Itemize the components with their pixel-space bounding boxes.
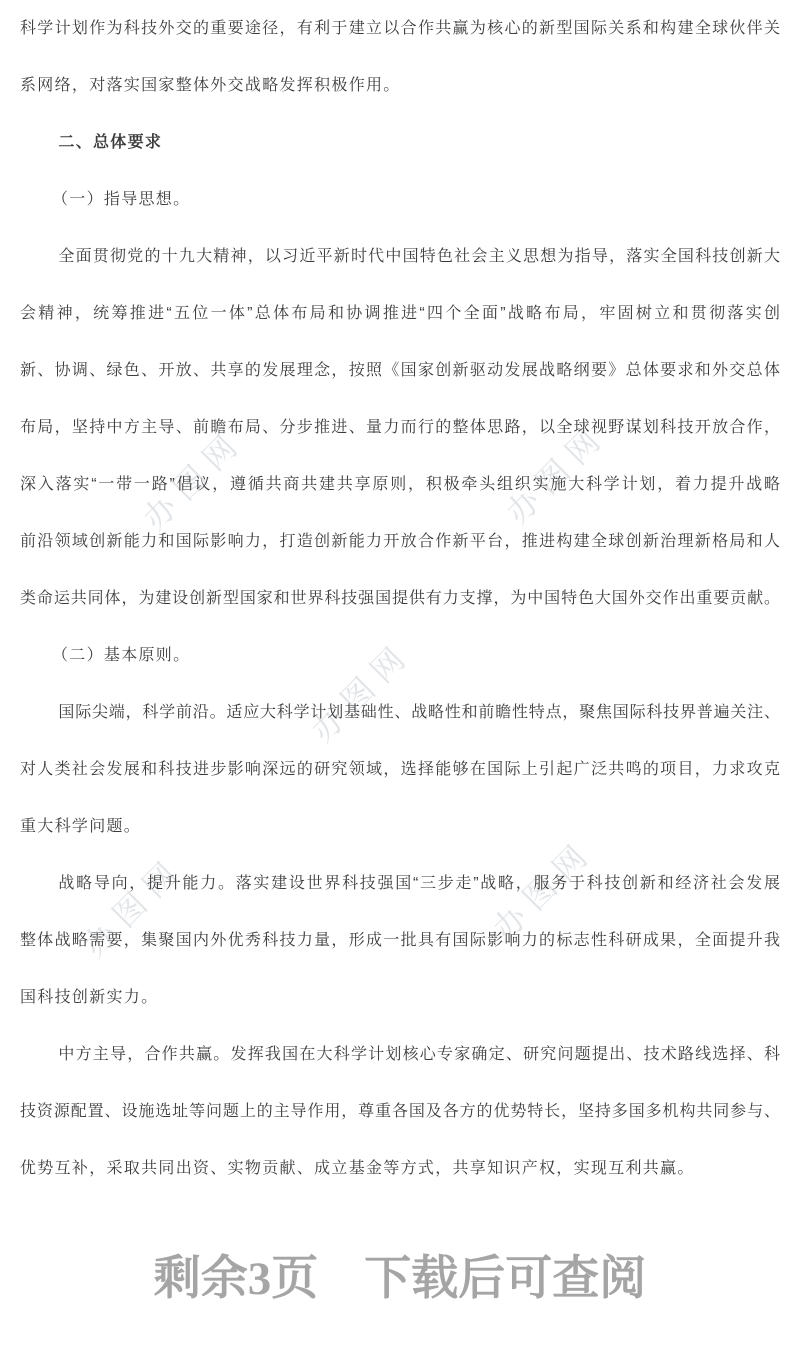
- text-line: 重大科学问题。: [20, 798, 780, 855]
- text-line: 布局，坚持中方主导、前瞻布局、分步推进、量力而行的整体思路，以全球视野谋划科技开…: [20, 399, 780, 456]
- text-line: 整体战略需要，集聚国内外优秀科技力量，形成一批具有国际影响力的标志性科研成果，全…: [20, 912, 780, 969]
- text-line: 中方主导，合作共赢。发挥我国在大科学计划核心专家确定、研究问题提出、技术路线选择…: [20, 1026, 780, 1083]
- text-line: 深入落实“一带一路”倡议，遵循共商共建共享原则，积极牵头组织实施大科学计划，着力…: [20, 456, 780, 513]
- remaining-pages-text: 剩余3页: [154, 1253, 319, 1305]
- text-line: 系网络，对落实国家整体外交战略发挥积极作用。: [20, 57, 780, 114]
- subsection-heading: （二）基本原则。: [20, 627, 780, 684]
- download-notice: 剩余3页下载后可查阅: [0, 1249, 800, 1309]
- text-line: 对人类社会发展和科技进步影响深远的研究领域，选择能够在国际上引起广泛共鸣的项目，…: [20, 741, 780, 798]
- text-line: 国际尖端，科学前沿。适应大科学计划基础性、战略性和前瞻性特点，聚焦国际科技界普遍…: [20, 684, 780, 741]
- text-line: 国科技创新实力。: [20, 969, 780, 1026]
- text-line: 战略导向，提升能力。落实建设世界科技强国“三步走”战略，服务于科技创新和经济社会…: [20, 855, 780, 912]
- document-body: 科学计划作为科技外交的重要途径，有利于建立以合作共赢为核心的新型国际关系和构建全…: [0, 0, 800, 1197]
- document-page: 办图网办图网办图网办图网办图网 科学计划作为科技外交的重要途径，有利于建立以合作…: [0, 0, 800, 1360]
- text-line: 新、协调、绿色、开放、共享的发展理念，按照《国家创新驱动发展战略纲要》总体要求和…: [20, 342, 780, 399]
- text-line: 类命运共同体，为建设创新型国家和世界科技强国提供有力支撑，为中国特色大国外交作出…: [20, 570, 780, 627]
- text-line: 全面贯彻党的十九大精神，以习近平新时代中国特色社会主义思想为指导，落实全国科技创…: [20, 228, 780, 285]
- text-line: 前沿领域创新能力和国际影响力，打造创新能力开放合作新平台，推进构建全球创新治理新…: [20, 513, 780, 570]
- subsection-heading: （一）指导思想。: [20, 171, 780, 228]
- text-line: 优势互补，采取共同出资、实物贡献、成立基金等方式，共享知识产权，实现互利共赢。: [20, 1140, 780, 1197]
- text-line: 科学计划作为科技外交的重要途径，有利于建立以合作共赢为核心的新型国际关系和构建全…: [20, 0, 780, 57]
- section-heading: 二、总体要求: [20, 114, 780, 171]
- download-hint-text: 下载后可查阅: [364, 1253, 646, 1305]
- text-line: 技资源配置、设施选址等问题上的主导作用，尊重各国及各方的优势特长，坚持多国多机构…: [20, 1083, 780, 1140]
- text-line: 会精神，统筹推进“五位一体”总体布局和协调推进“四个全面”战略布局，牢固树立和贯…: [20, 285, 780, 342]
